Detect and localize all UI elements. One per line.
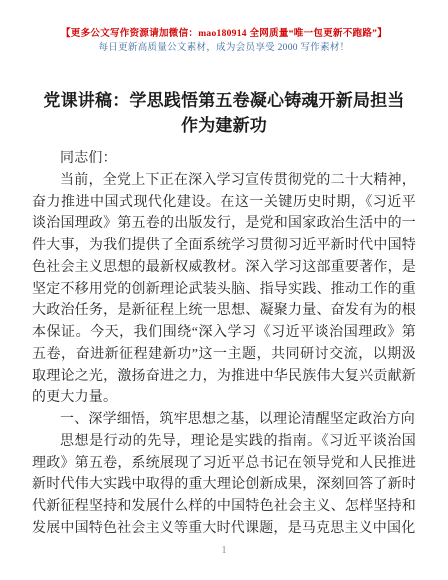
paragraph-section-body: 思想是行动的先导，理论是实践的指南。《习近平谈治国理政》第五卷，系统展现了习近平… bbox=[32, 431, 416, 540]
paragraph-salutation: 同志们： bbox=[32, 148, 416, 170]
paragraph-intro: 当前，全党上下正在深入学习宣传贯彻党的二十大精神，奋力推进中国式现代化建设。在这… bbox=[32, 170, 416, 409]
document-body: 同志们： 当前，全党上下正在深入学习宣传贯彻党的二十大精神，奋力推进中国式现代化… bbox=[32, 148, 416, 540]
document-page: 【更多公文写作资源请加微信：mao180914 全网质量“唯一包更新不跑路”】 … bbox=[0, 0, 448, 580]
promo-line-red: 【更多公文写作资源请加微信：mao180914 全网质量“唯一包更新不跑路”】 bbox=[0, 27, 448, 41]
document-title: 党课讲稿：学思践悟第五卷凝心铸魂开新局担当作为建新功 bbox=[43, 88, 405, 138]
paragraph-section-heading: 一、深学细悟，筑牢思想之基，以理论清醒坚定政治方向 bbox=[32, 409, 416, 431]
page-number: 1 bbox=[0, 545, 448, 556]
promo-line-blue: 每日更新高质量公文素材，成为会员享受 2000 写作素材！ bbox=[0, 41, 448, 55]
promo-header: 【更多公文写作资源请加微信：mao180914 全网质量“唯一包更新不跑路”】 … bbox=[0, 0, 448, 55]
